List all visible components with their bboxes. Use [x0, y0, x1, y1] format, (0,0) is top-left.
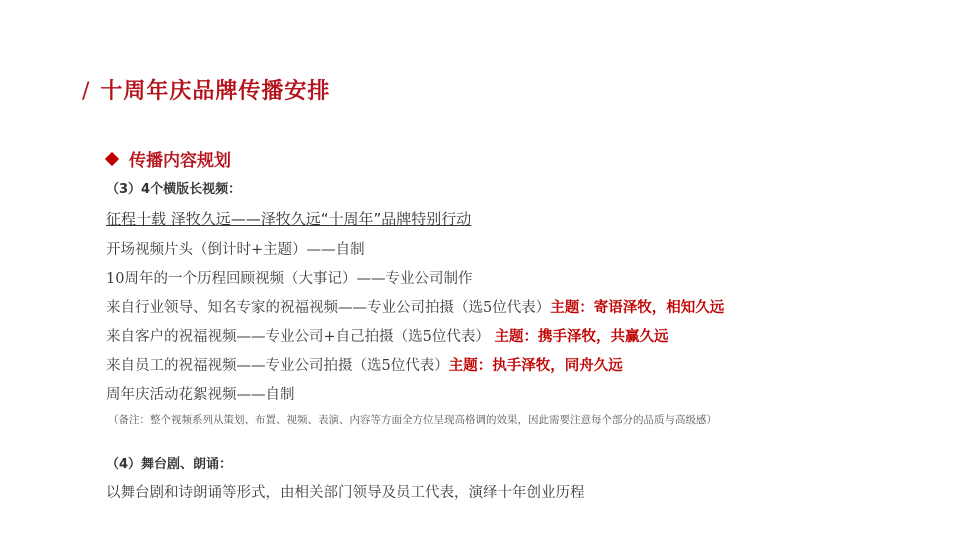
page-title: /十周年庆品牌传播安排: [82, 74, 330, 105]
list-item-text: 来自客户的祝福视频——专业公司+自己拍摄（选5位代表）: [106, 329, 494, 345]
list-item: 10周年的一个历程回顾视频（大事记）——专业公司制作: [106, 270, 472, 288]
list-item-text: 开场视频片头（倒计时+主题）——自制: [106, 242, 365, 258]
item3-label: （3）4个横版长视频：: [106, 181, 241, 199]
list-item-text: 来自行业领导、知名专家的祝福视频——专业公司拍摄（选5位代表）: [106, 300, 550, 316]
section-heading: 传播内容规划: [107, 146, 231, 171]
list-item: 周年庆活动花絮视频——自制: [106, 386, 295, 404]
list-item: 来自员工的祝福视频——专业公司拍摄（选5位代表）主题：执手泽牧，同舟久远: [106, 357, 623, 375]
list-item-theme: 主题：执手泽牧，同舟久远: [449, 358, 623, 374]
list-item: 来自客户的祝福视频——专业公司+自己拍摄（选5位代表） 主题：携手泽牧，共赢久远: [106, 328, 668, 346]
list-item-text: 周年庆活动花絮视频——自制: [106, 387, 295, 403]
list-item-text: 10周年的一个历程回顾视频（大事记）——专业公司制作: [106, 271, 472, 287]
note-text: （备注：整个视频系列从策划、布置、视频、表演、内容等方面全方位呈现高格调的效果，…: [108, 411, 717, 429]
diamond-icon: [105, 152, 119, 166]
item4-label: （4）舞台剧、朗诵：: [106, 456, 232, 474]
list-item: 开场视频片头（倒计时+主题）——自制: [106, 241, 365, 259]
title-slash: /: [82, 79, 90, 104]
list-item-text: 来自员工的祝福视频——专业公司拍摄（选5位代表）: [106, 358, 449, 374]
list-item-theme: 主题：寄语泽牧，相知久远: [550, 300, 724, 316]
item3-headline: 征程十载 泽牧久远——泽牧久远“十周年”品牌特别行动: [106, 210, 471, 228]
list-item-theme: 主题：携手泽牧，共赢久远: [494, 329, 668, 345]
title-text: 十周年庆品牌传播安排: [100, 79, 330, 104]
item4-text: 以舞台剧和诗朗诵等形式，由相关部门领导及员工代表，演绎十年创业历程: [106, 484, 585, 502]
list-item: 来自行业领导、知名专家的祝福视频——专业公司拍摄（选5位代表）主题：寄语泽牧，相…: [106, 299, 724, 317]
section-heading-text: 传播内容规划: [129, 151, 231, 171]
